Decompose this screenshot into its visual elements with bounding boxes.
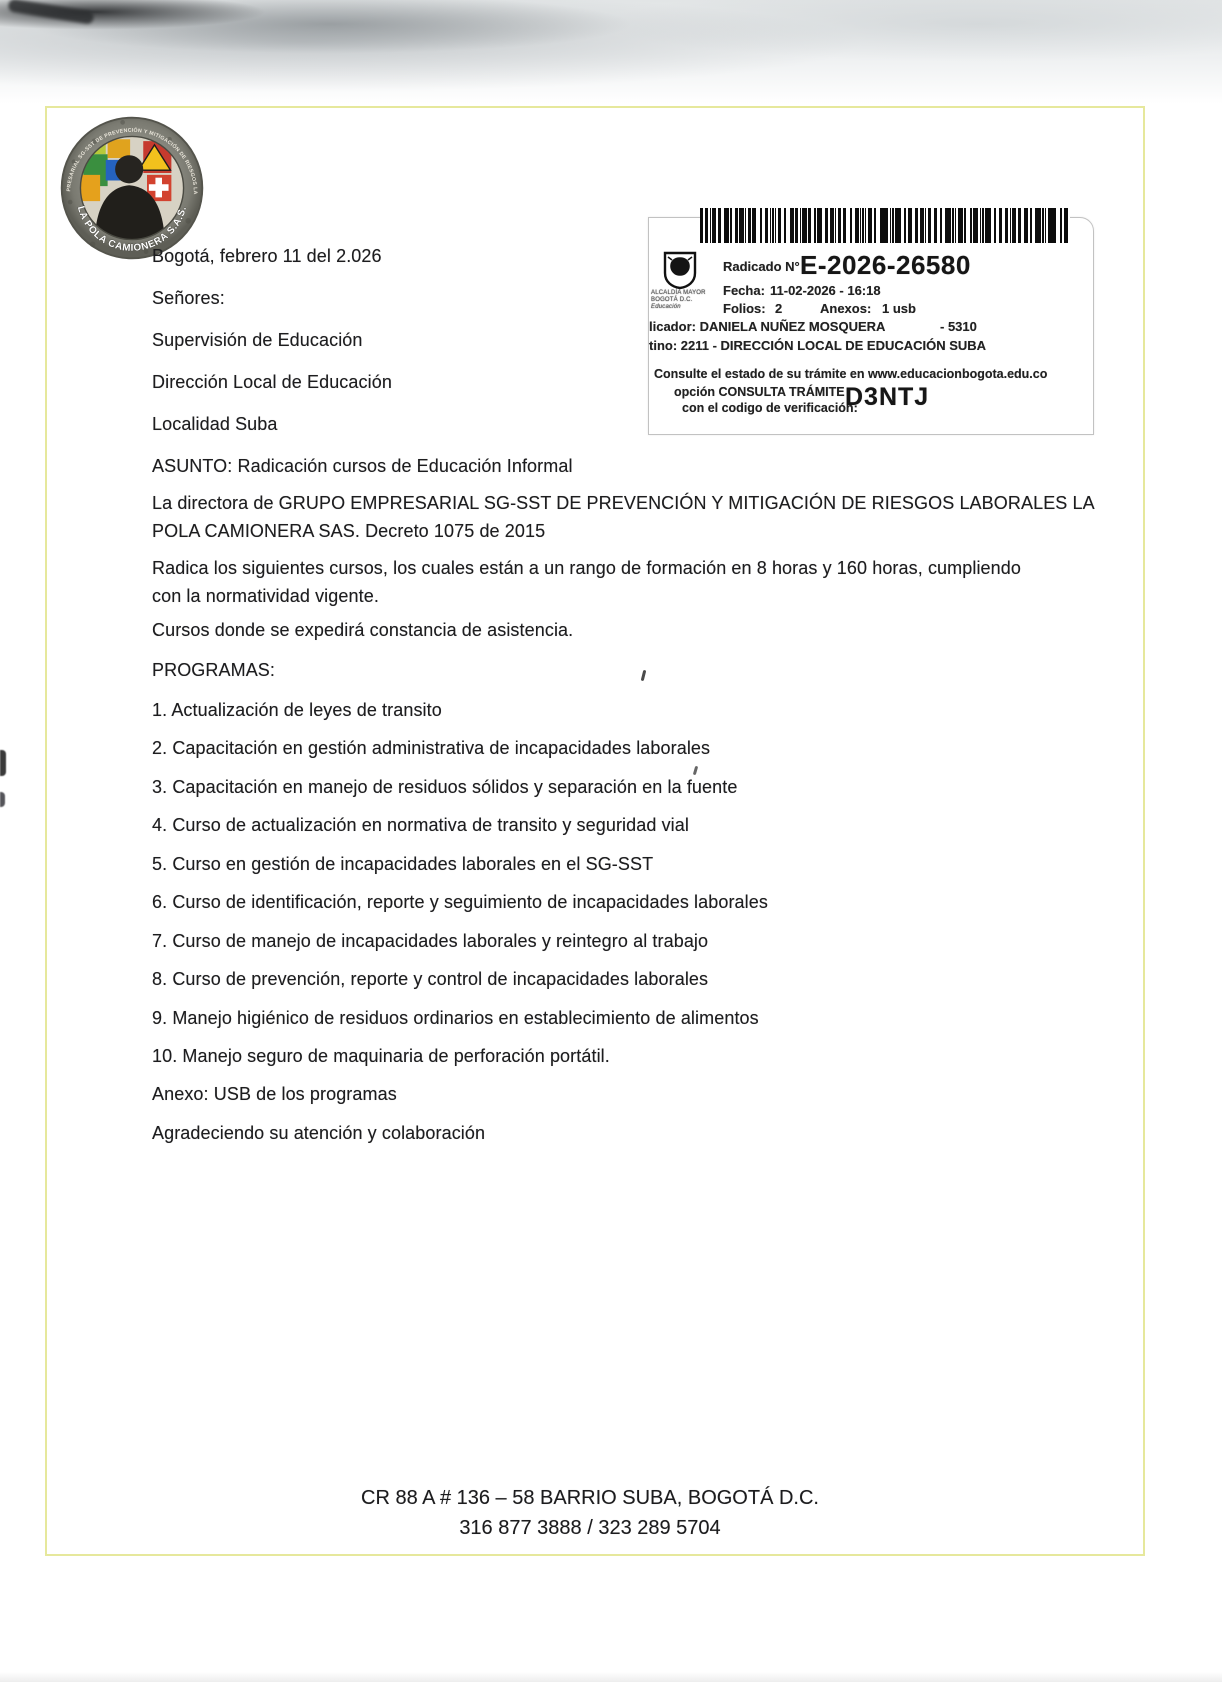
radicado-number: E-2026-26580 bbox=[800, 250, 971, 281]
paragraph-line: Radica los siguientes cursos, los cuales… bbox=[152, 554, 1021, 582]
paragraph-line: con la normatividad vigente. bbox=[152, 582, 379, 610]
radicador-code: - 5310 bbox=[940, 319, 977, 334]
folios-value: 2 bbox=[775, 301, 782, 316]
paragraph-line: La directora de GRUPO EMPRESARIAL SG-SST… bbox=[152, 489, 1095, 517]
programs-heading: PROGRAMAS: bbox=[152, 656, 275, 684]
program-item: 7. Curso de manejo de incapacidades labo… bbox=[152, 927, 708, 955]
seal-person-head bbox=[115, 155, 143, 183]
verification-code: D3NTJ bbox=[845, 383, 929, 412]
radicador-line: licador: DANIELA NUÑEZ MOSQUERA bbox=[649, 319, 885, 334]
program-item: 4. Curso de actualización en normativa d… bbox=[152, 811, 689, 839]
program-item: 10. Manejo seguro de maquinaria de perfo… bbox=[152, 1042, 610, 1070]
scan-edge-mark bbox=[0, 750, 6, 776]
anexos-label: Anexos: bbox=[820, 301, 871, 316]
fecha-label: Fecha: bbox=[723, 283, 765, 298]
crest-caption-line: ALCALDÍA MAYOR bbox=[651, 290, 731, 297]
footer-phones: 316 877 3888 / 323 289 5704 bbox=[170, 1513, 1010, 1543]
consulta-line1: Consulte el estado de su trámite en www.… bbox=[654, 367, 1047, 381]
program-item: 3. Capacitación en manejo de residuos só… bbox=[152, 773, 737, 801]
company-seal-graphic: GRUPO EMPRESARIAL SG-SST DE PREVENCIÓN Y… bbox=[57, 113, 207, 263]
fecha-value: 11-02-2026 - 16:18 bbox=[770, 283, 881, 298]
recipient-line: Supervisión de Educación bbox=[152, 326, 363, 354]
barcode bbox=[700, 208, 1070, 243]
program-item: 5. Curso en gestión de incapacidades lab… bbox=[152, 850, 653, 878]
closing-line: Agradeciendo su atención y colaboración bbox=[152, 1119, 485, 1147]
folios-label: Folios: bbox=[723, 301, 766, 316]
destino-line: tino: 2211 - DIRECCIÓN LOCAL DE EDUCACIÓ… bbox=[649, 338, 986, 353]
crest-caption-line: Educación bbox=[651, 304, 731, 311]
crest-caption: ALCALDÍA MAYOR BOGOTÁ D.C. Educación bbox=[651, 290, 731, 311]
anexos-value: 1 usb bbox=[882, 301, 916, 316]
program-item: 6. Curso de identificación, reporte y se… bbox=[152, 888, 768, 916]
crest-caption-line: BOGOTÁ D.C. bbox=[651, 297, 731, 304]
radicado-label: Radicado N° bbox=[723, 259, 800, 274]
consulta-line3: con el codigo de verificación: bbox=[682, 401, 858, 415]
scan-shadow-band bbox=[0, 0, 1222, 104]
program-item: 8. Curso de prevención, reporte y contro… bbox=[152, 965, 708, 993]
filing-stamp: ALCALDÍA MAYOR BOGOTÁ D.C. Educación Rad… bbox=[645, 195, 1105, 445]
scan-bottom-shadow bbox=[0, 1672, 1222, 1682]
program-item: 9. Manejo higiénico de residuos ordinari… bbox=[152, 1004, 759, 1032]
salutation: Señores: bbox=[152, 284, 225, 312]
paragraph-line: Cursos donde se expedirá constancia de a… bbox=[152, 616, 573, 644]
recipient-line: Dirección Local de Educación bbox=[152, 368, 392, 396]
paragraph-line: POLA CAMIONERA SAS. Decreto 1075 de 2015 bbox=[152, 517, 545, 545]
company-seal: GRUPO EMPRESARIAL SG-SST DE PREVENCIÓN Y… bbox=[57, 113, 207, 263]
bogota-crest-icon bbox=[659, 250, 701, 290]
scan-edge-mark bbox=[0, 792, 5, 807]
footer-address: CR 88 A # 136 – 58 BARRIO SUBA, BOGOTÁ D… bbox=[170, 1483, 1010, 1513]
scanned-letter: { "seal": { "ring_text_top": "GRUPO EMPR… bbox=[0, 0, 1222, 1682]
program-item: 1. Actualización de leyes de transito bbox=[152, 696, 442, 724]
recipient-line: Localidad Suba bbox=[152, 410, 278, 438]
program-item: 2. Capacitación en gestión administrativ… bbox=[152, 734, 710, 762]
letter-footer: CR 88 A # 136 – 58 BARRIO SUBA, BOGOTÁ D… bbox=[170, 1483, 1010, 1543]
consulta-line2: opción CONSULTA TRÁMITE bbox=[674, 385, 845, 399]
subject-line: ASUNTO: Radicación cursos de Educación I… bbox=[152, 452, 573, 480]
annex-line: Anexo: USB de los programas bbox=[152, 1080, 397, 1108]
letter-date: Bogotá, febrero 11 del 2.026 bbox=[152, 242, 382, 270]
